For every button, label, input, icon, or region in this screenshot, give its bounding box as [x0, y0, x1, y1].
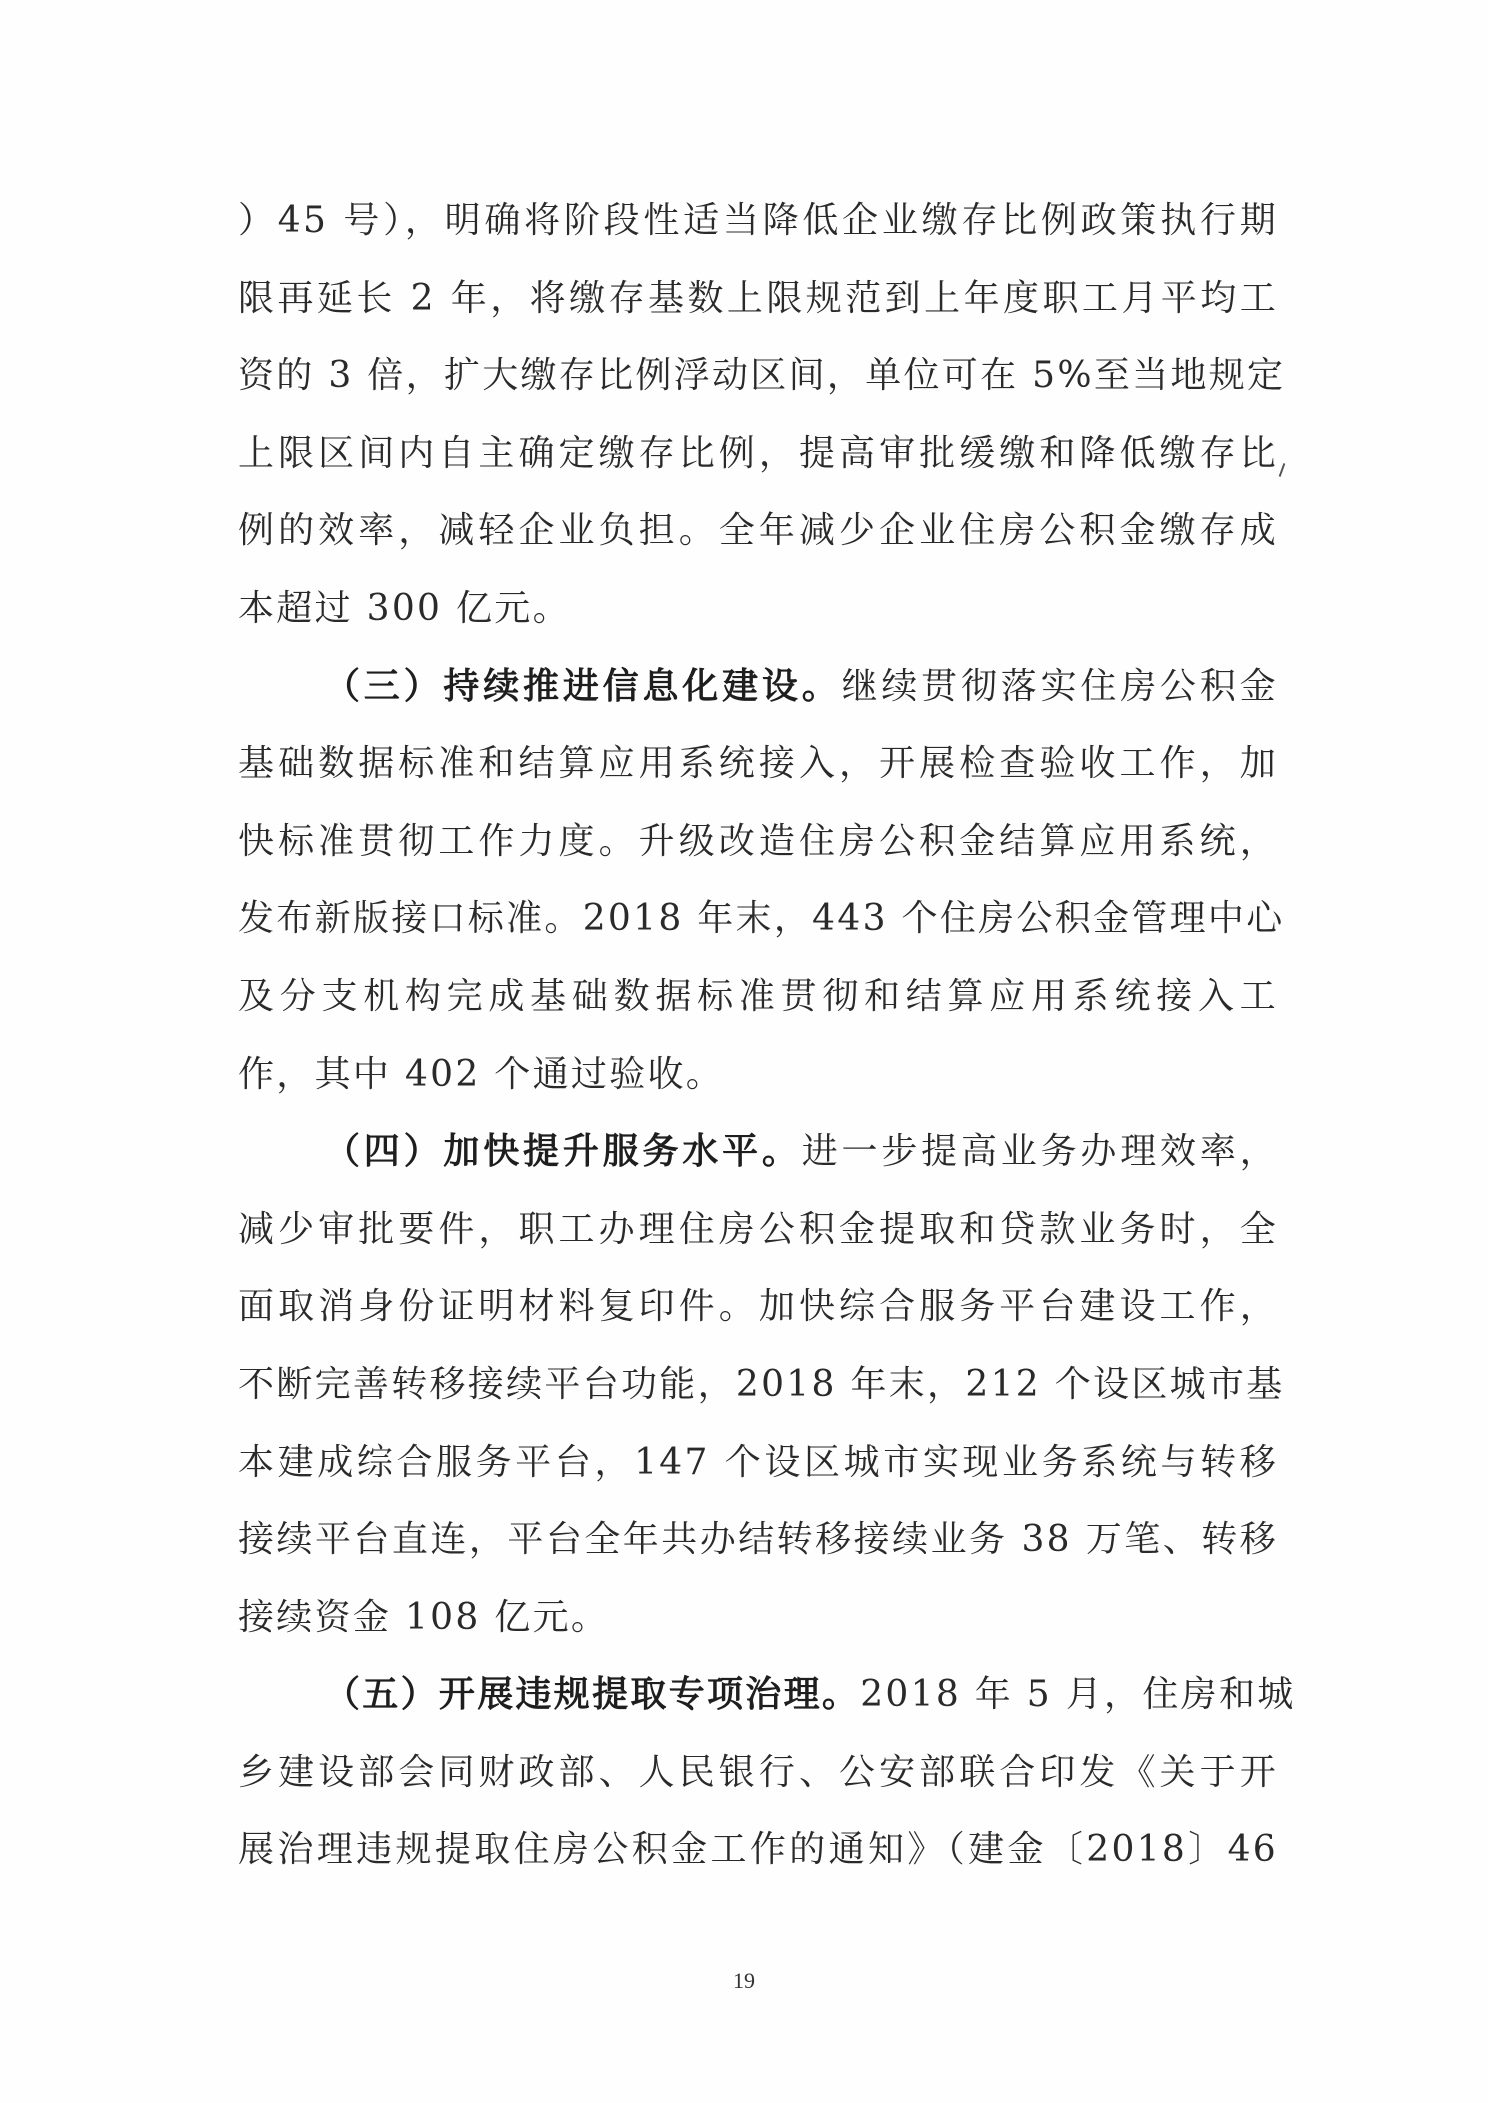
text-line: 及分支机构完成基础数据标准贯彻和结算应用系统接入工 [238, 958, 1278, 1036]
scan-artifact-mark [1279, 463, 1286, 477]
text-line: 减少审批要件，职工办理住房公积金提取和贷款业务时，全 [238, 1191, 1278, 1269]
text-line: 接续资金 108 亿元。 [238, 1579, 1278, 1657]
text-line: 接续平台直连，平台全年共办结转移接续业务 38 万笔、转移 [238, 1501, 1278, 1579]
text-line: 本超过 300 亿元。 [238, 570, 1278, 648]
paragraph-first-line: （三）持续推进信息化建设。继续贯彻落实住房公积金 [238, 648, 1278, 726]
text-line: 本建成综合服务平台，147 个设区城市实现业务系统与转移 [238, 1424, 1278, 1502]
text-line: 上限区间内自主确定缴存比例，提高审批缓缴和降低缴存比 [238, 415, 1278, 493]
text-line: 作，其中 402 个通过验收。 [238, 1036, 1278, 1114]
text-run: 进一步提高业务办理效率， [802, 1131, 1278, 1172]
paragraph-service-level: （四）加快提升服务水平。进一步提高业务办理效率， 减少审批要件，职工办理住房公积… [238, 1113, 1278, 1656]
text-line: 面取消身份证明材料复印件。加快综合服务平台建设工作， [238, 1268, 1278, 1346]
text-line: 资的 3 倍，扩大缴存比例浮动区间，单位可在 5%至当地规定 [238, 337, 1278, 415]
text-line: 发布新版接口标准。2018 年末，443 个住房公积金管理中心 [238, 880, 1278, 958]
paragraph-illegal-withdrawal: （五）开展违规提取专项治理。2018 年 5 月，住房和城 乡建设部会同财政部、… [238, 1656, 1278, 1889]
paragraph-first-line: （四）加快提升服务水平。进一步提高业务办理效率， [238, 1113, 1278, 1191]
text-line: 快标准贯彻工作力度。升级改造住房公积金结算应用系统， [238, 803, 1278, 881]
text-run: 继续贯彻落实住房公积金 [842, 666, 1278, 707]
text-line: 限再延长 2 年，将缴存基数上限规范到上年度职工月平均工 [238, 260, 1278, 338]
text-line: 基础数据标准和结算应用系统接入，开展检查验收工作，加 [238, 725, 1278, 803]
paragraph-informatization: （三）持续推进信息化建设。继续贯彻落实住房公积金 基础数据标准和结算应用系统接入… [238, 648, 1278, 1114]
document-body: ）45 号），明确将阶段性适当降低企业缴存比例政策执行期 限再延长 2 年，将缴… [238, 182, 1278, 1889]
section-heading: （四）加快提升服务水平。 [324, 1131, 802, 1172]
text-line: 不断完善转移接续平台功能，2018 年末，212 个设区城市基 [238, 1346, 1278, 1424]
text-line: ）45 号），明确将阶段性适当降低企业缴存比例政策执行期 [238, 182, 1278, 260]
text-line: 例的效率，减轻企业负担。全年减少企业住房公积金缴存成 [238, 492, 1278, 570]
text-line: 展治理违规提取住房公积金工作的通知》（建金〔2018〕46 [238, 1811, 1278, 1889]
page-number: 19 [0, 1968, 1488, 1994]
document-page: ）45 号），明确将阶段性适当降低企业缴存比例政策执行期 限再延长 2 年，将缴… [0, 0, 1488, 2103]
text-run: 2018 年 5 月，住房和城 [860, 1674, 1295, 1715]
text-line: 乡建设部会同财政部、人民银行、公安部联合印发《关于开 [238, 1734, 1278, 1812]
paragraph-continued: ）45 号），明确将阶段性适当降低企业缴存比例政策执行期 限再延长 2 年，将缴… [238, 182, 1278, 648]
section-heading: （三）持续推进信息化建设。 [324, 666, 842, 707]
section-heading: （五）开展违规提取专项治理。 [324, 1674, 860, 1715]
paragraph-first-line: （五）开展违规提取专项治理。2018 年 5 月，住房和城 [238, 1656, 1278, 1734]
